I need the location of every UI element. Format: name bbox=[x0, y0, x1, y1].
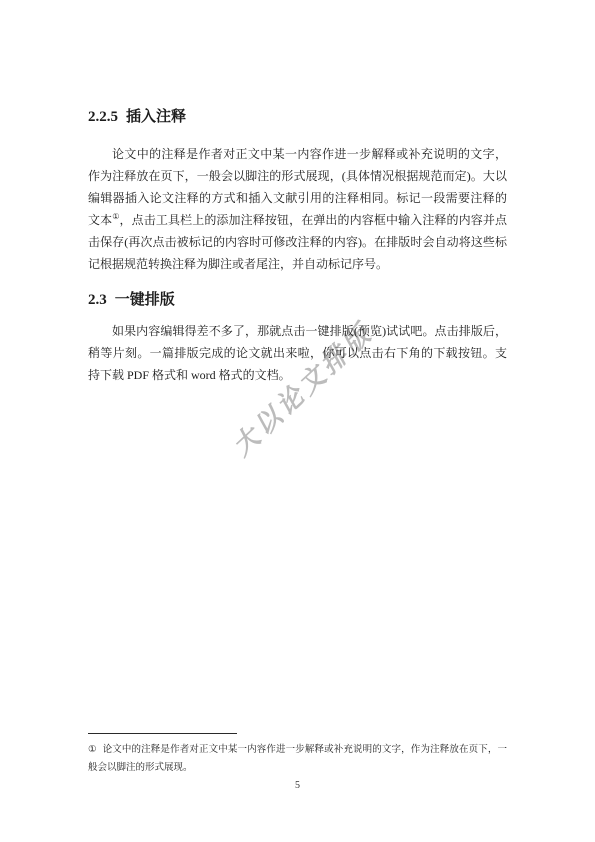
footnote-text: 论文中的注释是作者对正文中某一内容作进一步解释或补充说明的文字，作为注释放在页下… bbox=[88, 745, 507, 773]
section-heading-one-click-layout: 2.3一键排版 bbox=[88, 290, 507, 310]
paragraph-one-click-layout: 如果内容编辑得差不多了，那就点击一键排版(预览)试试吧。点击排版后，稍等片刻。一… bbox=[88, 320, 507, 386]
paragraph-insert-note: 论文中的注释是作者对正文中某一内容作进一步解释或补充说明的文字，作为注释放在页下… bbox=[88, 143, 507, 275]
footnote-reference-marker: ① bbox=[112, 212, 119, 221]
content-layer: 2.2.5插入注释 论文中的注释是作者对正文中某一内容作进一步解释或补充说明的文… bbox=[0, 0, 595, 842]
section-title: 一键排版 bbox=[115, 291, 175, 308]
footnote-separator-rule bbox=[88, 733, 237, 734]
document-page: 大以论文排版 2.2.5插入注释 论文中的注释是作者对正文中某一内容作进一步解释… bbox=[0, 0, 595, 842]
section-heading-insert-note: 2.2.5插入注释 bbox=[88, 107, 507, 127]
section-number: 2.3 bbox=[88, 292, 107, 308]
footnote: ①论文中的注释是作者对正文中某一内容作进一步解释或补充说明的文字，作为注释放在页… bbox=[88, 741, 507, 777]
page-number: 5 bbox=[0, 780, 595, 791]
section-title: 插入注释 bbox=[126, 108, 186, 125]
section-number: 2.2.5 bbox=[88, 109, 118, 125]
paragraph-text-after-ref: ，点击工具栏上的添加注释按钮，在弹出的内容框中输入注释的内容并点击保存(再次点击… bbox=[88, 213, 507, 271]
footnote-marker: ① bbox=[88, 745, 97, 755]
